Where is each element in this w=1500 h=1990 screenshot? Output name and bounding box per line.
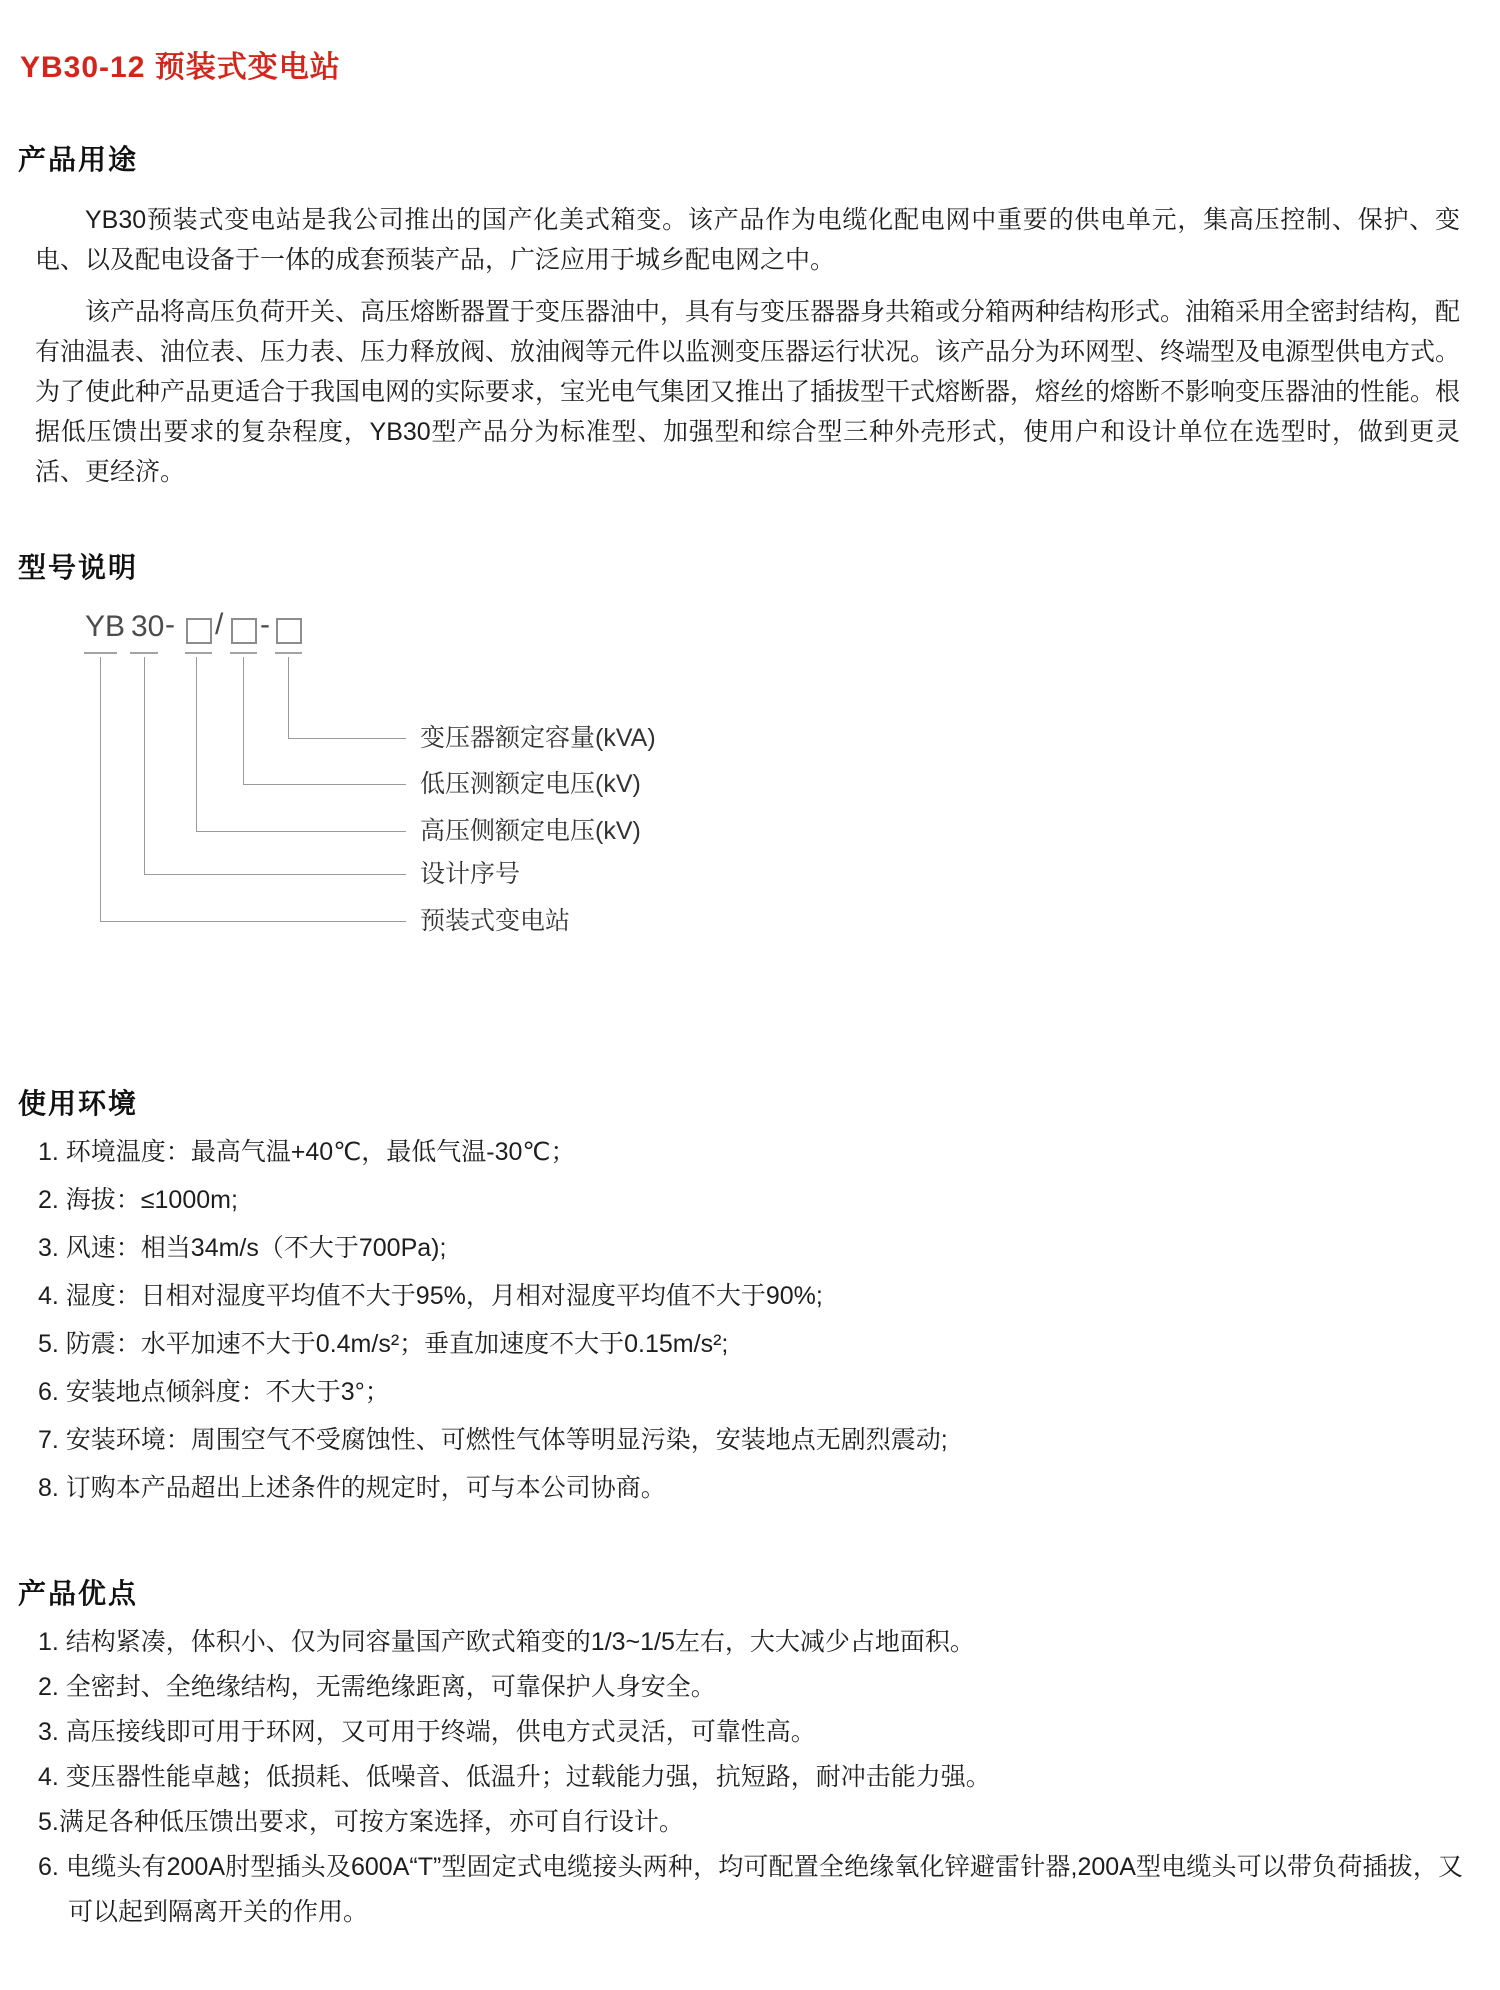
list-item: 1. 结构紧凑，体积小、仅为同容量国产欧式箱变的1/3~1/5左右，大大减少占地… [38, 1620, 1463, 1665]
list-item: 4. 变压器性能卓越；低损耗、低噪音、低温升；过载能力强，抗短路，耐冲击能力强。 [38, 1755, 1463, 1800]
list-item: 4. 湿度：日相对湿度平均值不大于95%，月相对湿度平均值不大于90%; [38, 1272, 1458, 1320]
usage-paragraph-1: YB30预装式变电站是我公司推出的国产化美式箱变。该产品作为电缆化配电网中重要的… [35, 200, 1460, 280]
list-item: 6. 电缆头有200A肘型插头及600A“T”型固定式电缆接头两种，均可配置全绝… [38, 1845, 1463, 1935]
usage-paragraph-2: 该产品将高压负荷开关、高压熔断器置于变压器油中，具有与变压器器身共箱或分箱两种结… [35, 292, 1460, 492]
underline-tick [84, 652, 117, 654]
model-code-prefix: YB [85, 612, 125, 642]
advantages-list: 1. 结构紧凑，体积小、仅为同容量国产欧式箱变的1/3~1/5左右，大大减少占地… [38, 1620, 1463, 1935]
connector-line [100, 657, 406, 922]
model-placeholder-box [186, 618, 212, 644]
list-item: 5. 防震：水平加速不大于0.4m/s²；垂直加速度不大于0.15m/s²; [38, 1320, 1458, 1368]
model-placeholder-box [276, 618, 302, 644]
section-heading-model-designation: 型号说明 [18, 546, 138, 586]
section-heading-product-advantages: 产品优点 [18, 1572, 138, 1612]
list-item: 2. 海拔：≤1000m; [38, 1176, 1458, 1224]
model-label-hv-rated-voltage: 高压侧额定电压(kV) [420, 816, 641, 846]
model-code-slash: / [215, 610, 223, 640]
list-item: 3. 风速：相当34m/s（不大于700Pa); [38, 1224, 1458, 1272]
model-label-transformer-capacity: 变压器额定容量(kVA) [420, 723, 656, 753]
list-item: 5.满足各种低压馈出要求，可按方案选择，亦可自行设计。 [38, 1800, 1463, 1845]
page-title: YB30-12 预装式变电站 [20, 42, 341, 86]
model-code-dash: - [260, 610, 270, 640]
model-code-dash: - [165, 610, 175, 640]
product-usage-text: YB30预装式变电站是我公司推出的国产化美式箱变。该产品作为电缆化配电网中重要的… [35, 200, 1460, 504]
section-heading-operating-environment: 使用环境 [18, 1082, 138, 1122]
model-code-series: 30 [131, 612, 164, 642]
list-item: 3. 高压接线即可用于环网，又可用于终端，供电方式灵活，可靠性高。 [38, 1710, 1463, 1755]
model-label-design-serial: 设计序号 [420, 859, 520, 889]
underline-tick [230, 652, 257, 654]
list-item: 7. 安装环境：周围空气不受腐蚀性、可燃性气体等明显污染，安装地点无剧烈震动; [38, 1416, 1458, 1464]
environment-list: 1. 环境温度：最高气温+40℃，最低气温-30℃； 2. 海拔：≤1000m;… [38, 1128, 1458, 1512]
model-label-lv-rated-voltage: 低压测额定电压(kV) [420, 769, 641, 799]
list-item: 1. 环境温度：最高气温+40℃，最低气温-30℃； [38, 1128, 1458, 1176]
section-heading-product-usage: 产品用途 [18, 138, 138, 178]
model-placeholder-box [231, 618, 257, 644]
list-item: 8. 订购本产品超出上述条件的规定时，可与本公司协商。 [38, 1464, 1458, 1512]
underline-tick [275, 652, 302, 654]
model-label-prefab-substation: 预装式变电站 [420, 906, 570, 936]
underline-tick [130, 652, 158, 654]
list-item: 2. 全密封、全绝缘结构，无需绝缘距离，可靠保护人身安全。 [38, 1665, 1463, 1710]
underline-tick [185, 652, 212, 654]
list-item: 6. 安装地点倾斜度：不大于3°； [38, 1368, 1458, 1416]
